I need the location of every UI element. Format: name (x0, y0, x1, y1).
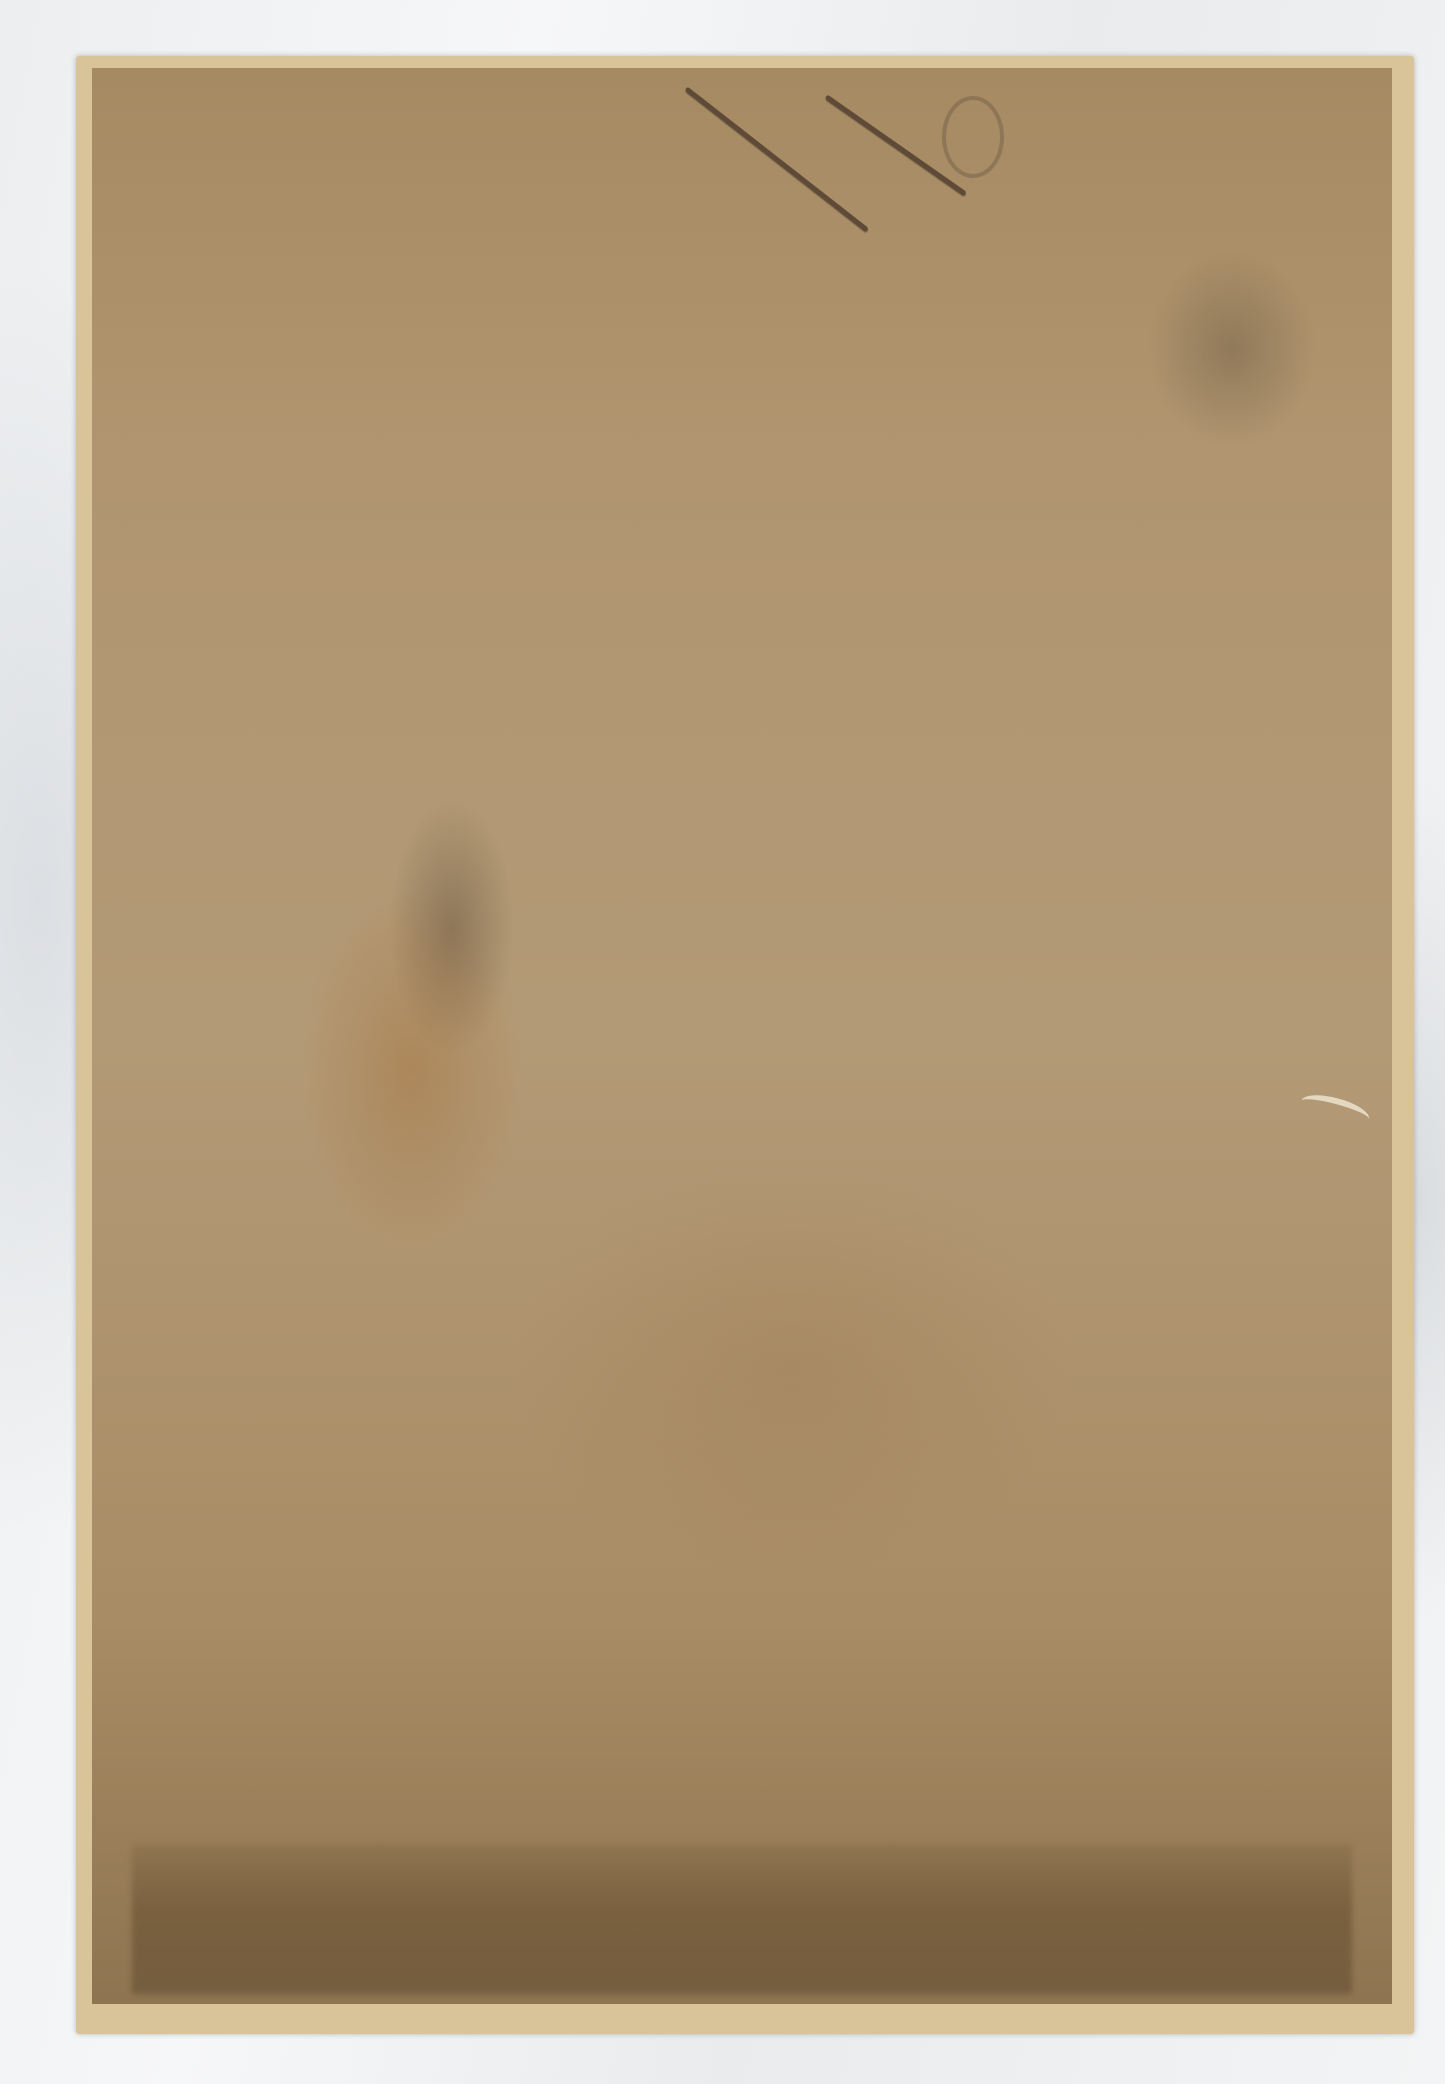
board-surface (92, 68, 1392, 2004)
water-damage-stain (132, 1844, 1352, 1994)
board-back (76, 56, 1414, 2034)
ring-stain (942, 96, 1004, 178)
